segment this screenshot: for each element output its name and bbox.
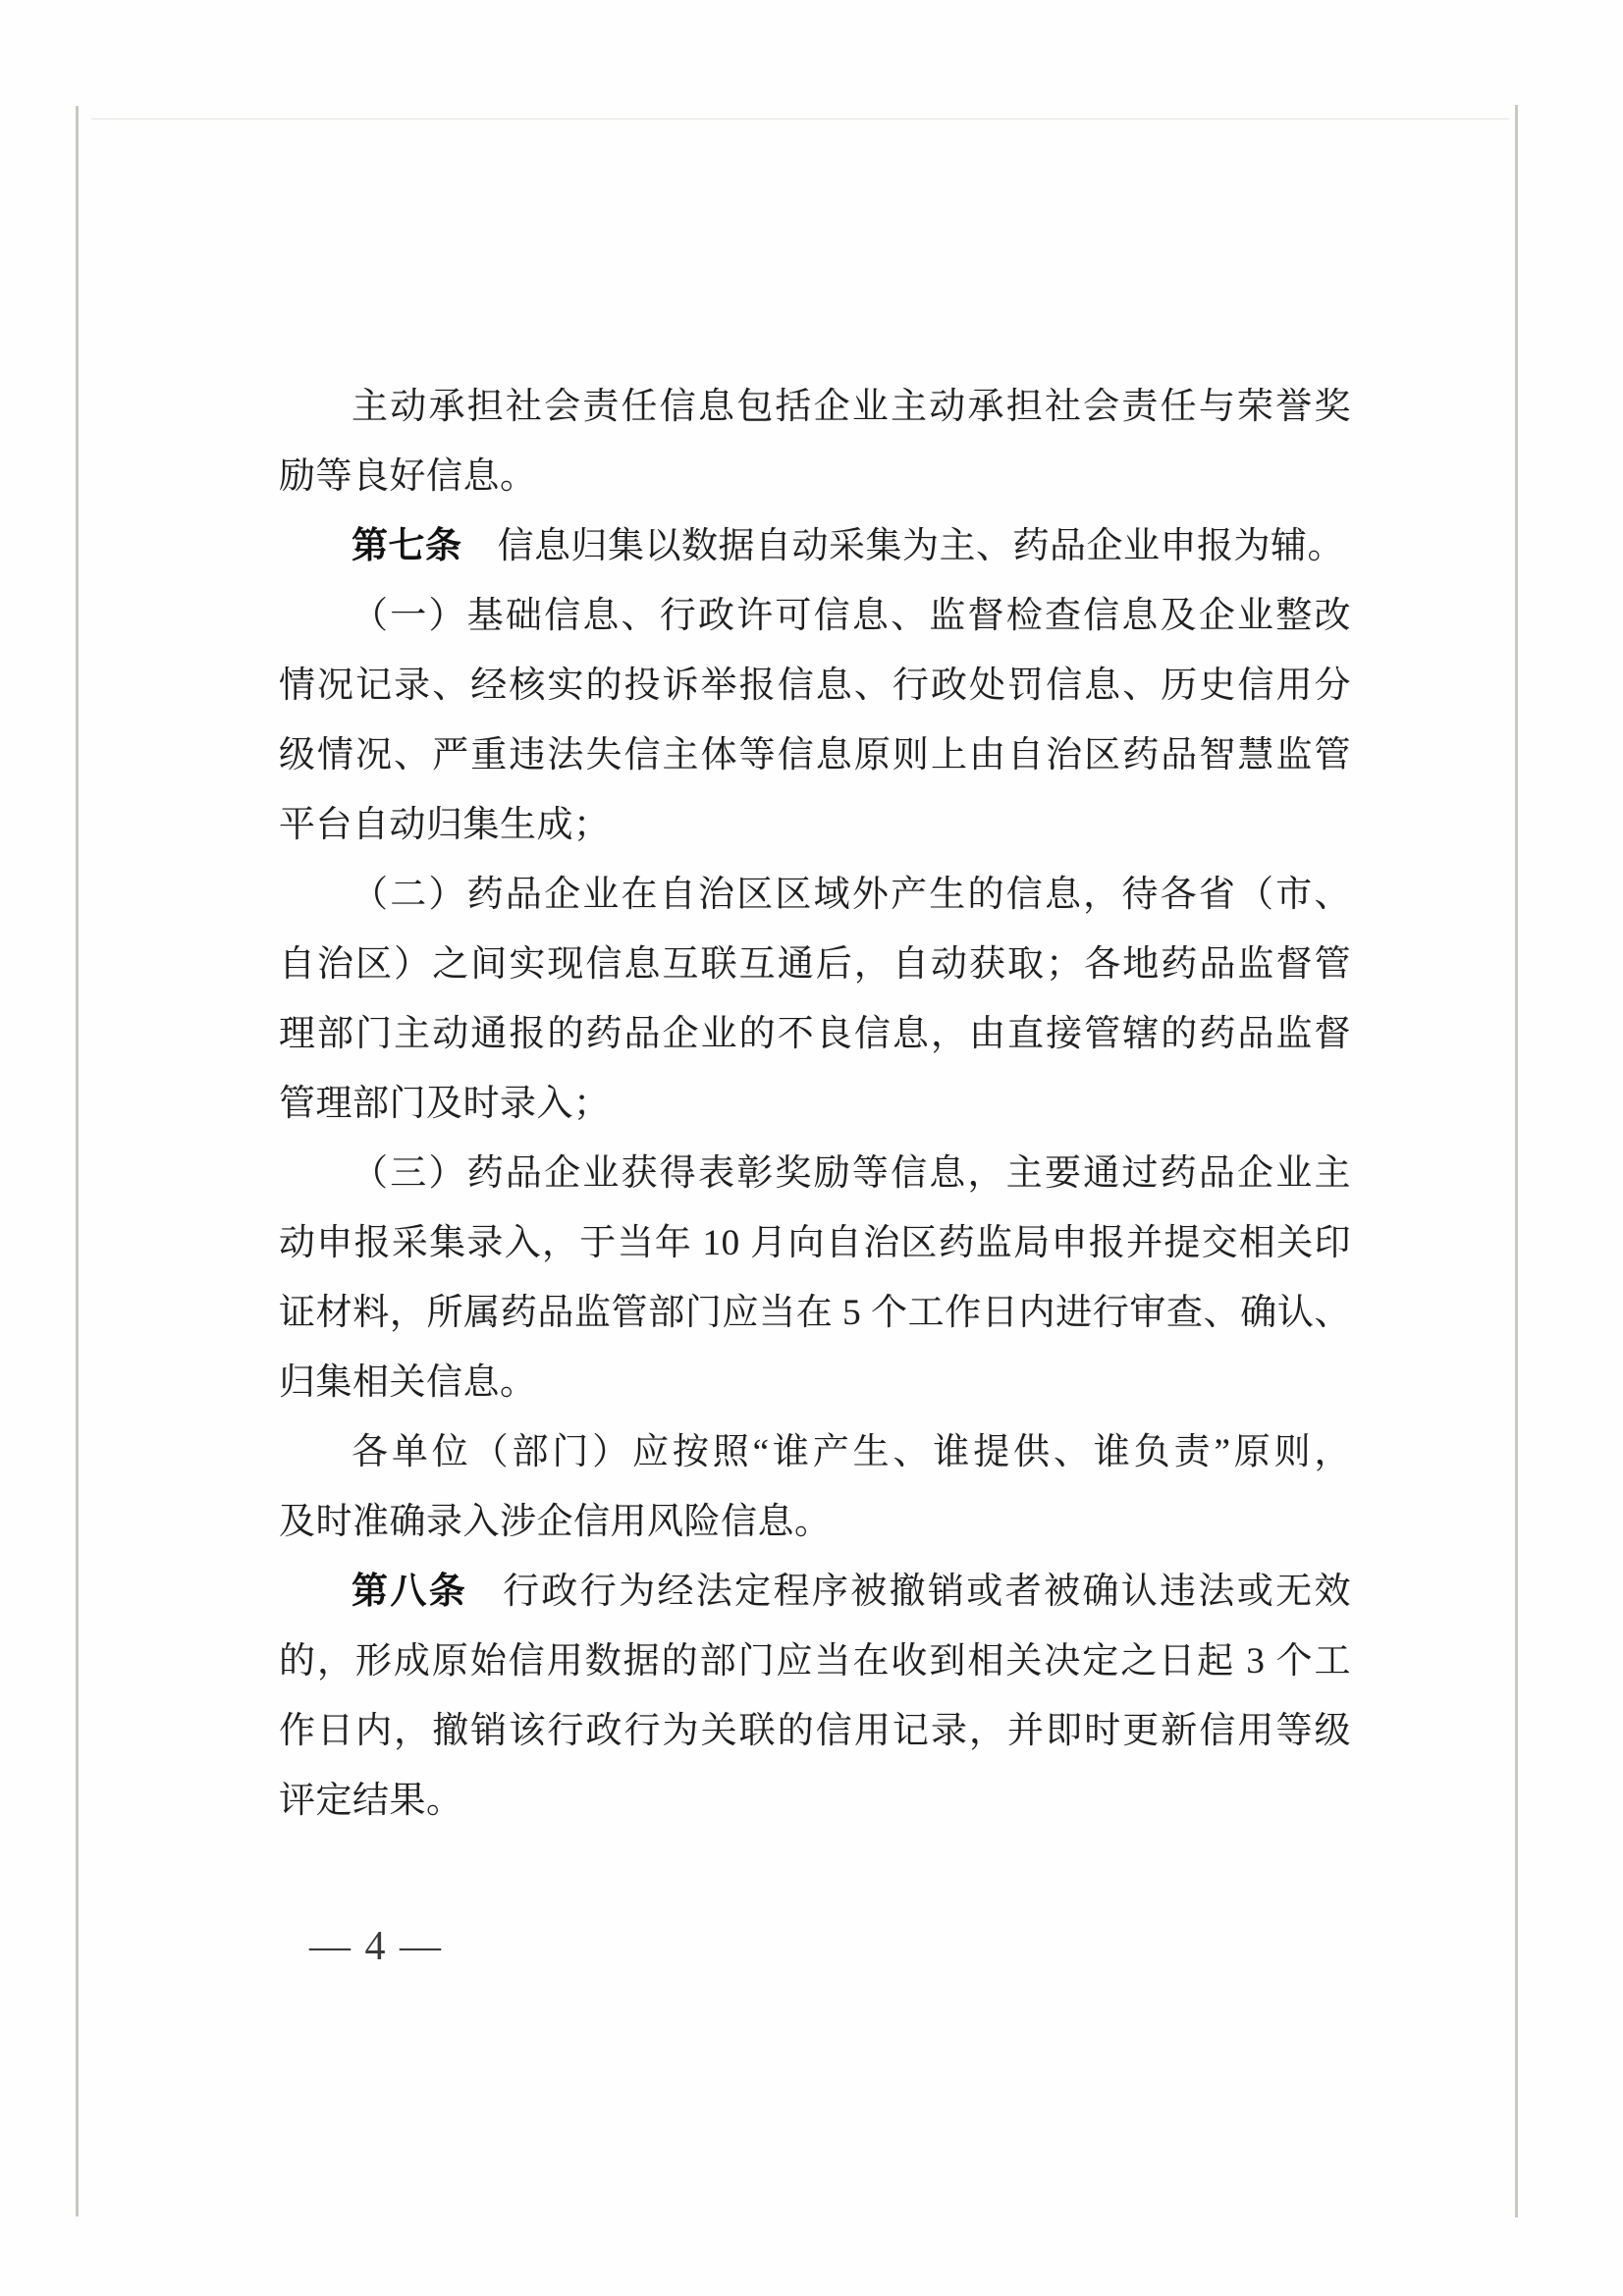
article-number-bold: 第八条 <box>352 1572 467 1612</box>
text-run: （三）药品企业获得表彰奖励等信息，主要通过药品企业主 <box>352 1153 1351 1194</box>
text-line: 及时准确录入涉企信用风险信息。 <box>279 1487 1351 1557</box>
text-run: （一）基础信息、行政许可信息、监督检查信息及企业整改 <box>352 596 1351 636</box>
text-run: 励等良好信息。 <box>279 456 537 497</box>
text-run: 理部门主动通报的药品企业的不良信息，由直接管辖的药品监督 <box>279 1014 1351 1054</box>
text-run: 的，形成原始信用数据的部门应当在收到相关决定之日起 3 个工 <box>279 1641 1351 1682</box>
text-run: 行政行为经法定程序被撤销或者被确认违法或无效 <box>503 1572 1351 1612</box>
text-line: 情况记录、经核实的投诉举报信息、行政处罚信息、历史信用分 <box>279 651 1351 721</box>
text-line: 的，形成原始信用数据的部门应当在收到相关决定之日起 3 个工 <box>279 1627 1351 1696</box>
text-line: 作日内，撤销该行政行为关联的信用记录，并即时更新信用等级 <box>279 1696 1351 1766</box>
text-line: 第七条信息归集以数据自动采集为主、药品企业申报为辅。 <box>279 511 1351 581</box>
text-run: 信息归集以数据自动采集为主、药品企业申报为辅。 <box>498 526 1345 566</box>
text-line: 评定结果。 <box>279 1766 1351 1836</box>
page-number: — 4 — <box>309 1912 443 1982</box>
text-line: （二）药品企业在自治区区域外产生的信息，待各省（市、 <box>279 860 1351 930</box>
text-run: 情况记录、经核实的投诉举报信息、行政处罚信息、历史信用分 <box>279 666 1351 706</box>
text-run: 主动承担社会责任信息包括企业主动承担社会责任与荣誉奖 <box>352 387 1351 427</box>
page-top-edge-line <box>91 118 1509 120</box>
text-line: 主动承担社会责任信息包括企业主动承担社会责任与荣誉奖 <box>279 372 1351 442</box>
text-run: 管理部门及时录入； <box>279 1084 611 1124</box>
text-run: 动申报采集录入，于当年 10 月向自治区药监局申报并提交相关印 <box>279 1223 1351 1263</box>
text-run: 及时准确录入涉企信用风险信息。 <box>279 1502 832 1542</box>
text-line: 理部门主动通报的药品企业的不良信息，由直接管辖的药品监督 <box>279 999 1351 1069</box>
text-line: （一）基础信息、行政许可信息、监督检查信息及企业整改 <box>279 581 1351 651</box>
text-line: 动申报采集录入，于当年 10 月向自治区药监局申报并提交相关印 <box>279 1208 1351 1278</box>
text-run: 各单位（部门）应按照“谁产生、谁提供、谁负责”原则， <box>352 1432 1351 1472</box>
text-line: 第八条行政行为经法定程序被撤销或者被确认违法或无效 <box>279 1557 1351 1627</box>
text-run: 证材料，所属药品监管部门应当在 5 个工作日内进行审查、确认、 <box>279 1293 1351 1333</box>
text-run: 自治区）之间实现信息互联互通后，自动获取；各地药品监督管 <box>279 944 1351 985</box>
text-line: 归集相关信息。 <box>279 1348 1351 1417</box>
text-line: 平台自动归集生成； <box>279 790 1351 860</box>
document-text-block: 主动承担社会责任信息包括企业主动承担社会责任与荣誉奖励等良好信息。第七条信息归集… <box>279 372 1351 1836</box>
text-line: 管理部门及时录入； <box>279 1069 1351 1139</box>
text-run: 级情况、严重违法失信主体等信息原则上由自治区药品智慧监管 <box>279 735 1351 775</box>
text-line: 励等良好信息。 <box>279 442 1351 511</box>
text-line: 各单位（部门）应按照“谁产生、谁提供、谁负责”原则， <box>279 1417 1351 1487</box>
text-line: 级情况、严重违法失信主体等信息原则上由自治区药品智慧监管 <box>279 721 1351 790</box>
text-run: 作日内，撤销该行政行为关联的信用记录，并即时更新信用等级 <box>279 1711 1351 1751</box>
page-left-edge-line <box>76 106 79 2216</box>
text-run: 评定结果。 <box>279 1781 463 1821</box>
text-run: 平台自动归集生成； <box>279 805 611 845</box>
article-number-bold: 第七条 <box>352 526 462 566</box>
text-run: （二）药品企业在自治区区域外产生的信息，待各省（市、 <box>352 875 1351 915</box>
scanned-document-page: 主动承担社会责任信息包括企业主动承担社会责任与荣誉奖励等良好信息。第七条信息归集… <box>0 0 1623 2296</box>
text-line: 证材料，所属药品监管部门应当在 5 个工作日内进行审查、确认、 <box>279 1278 1351 1348</box>
text-line: （三）药品企业获得表彰奖励等信息，主要通过药品企业主 <box>279 1139 1351 1208</box>
page-right-edge-line <box>1515 105 1518 2217</box>
text-run: 归集相关信息。 <box>279 1362 537 1403</box>
text-line: 自治区）之间实现信息互联互通后，自动获取；各地药品监督管 <box>279 930 1351 999</box>
